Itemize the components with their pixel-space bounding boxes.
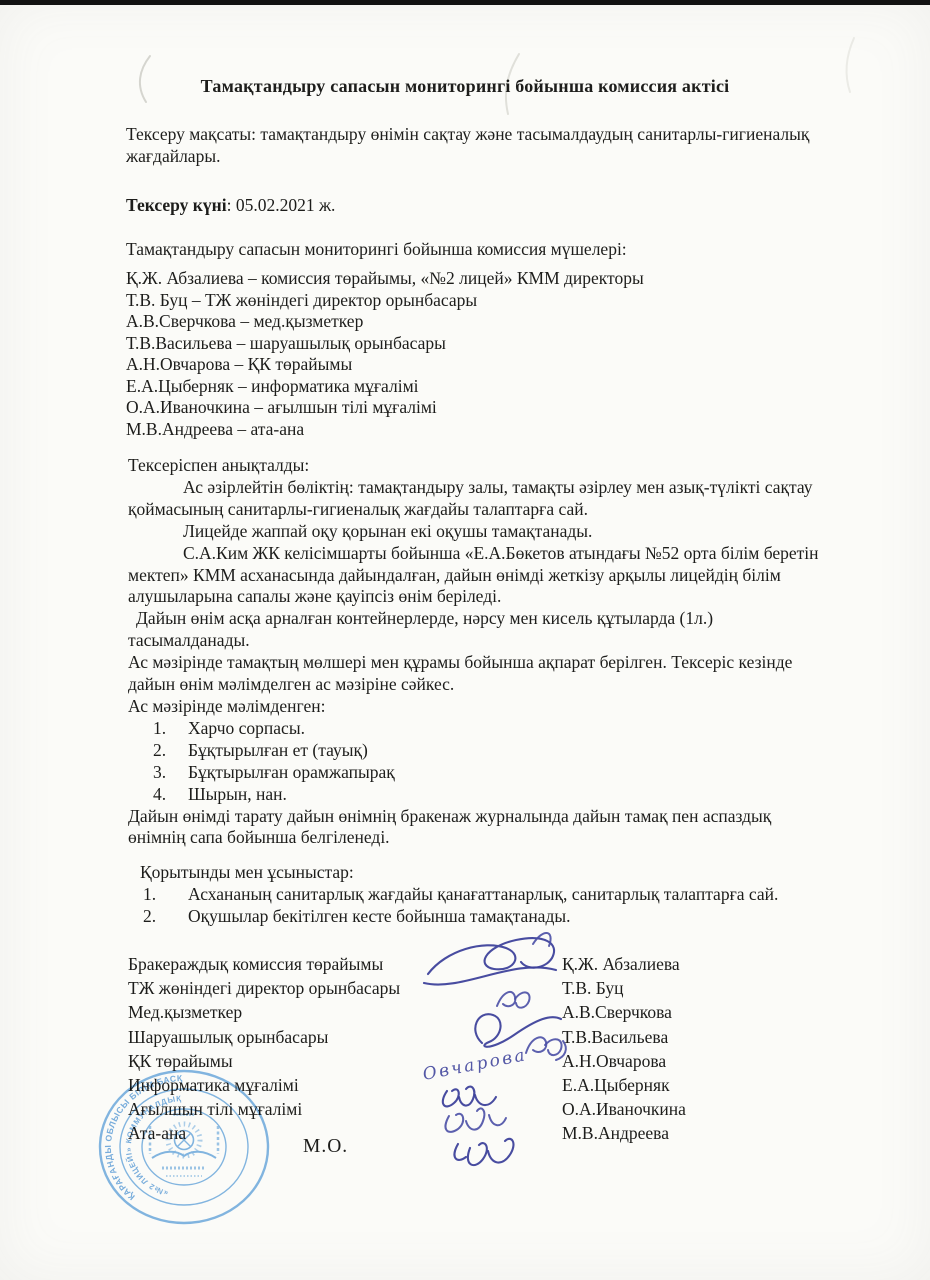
findings-paragraph: Ас әзірлейтін бөліктің: тамақтандыру зал… [128, 477, 820, 521]
findings-paragraph: Лицейде жаппай оқу қорынан екі оқушы там… [128, 521, 820, 543]
member-line: М.В.Андреева – ата-ана [126, 419, 846, 441]
seal-place-mark: М.О. [303, 1136, 348, 1158]
menu-item-text: Бұқтырылған ет (тауық) [188, 740, 368, 762]
menu-item-text: Шырын, нан. [188, 784, 287, 806]
findings-section: Тексеріспен анықталды: Ас әзірлейтін бөл… [128, 455, 820, 849]
member-line: Е.А.Цыберняк – информатика мұғалімі [126, 376, 846, 398]
menu-item: 2. Бұқтырылған ет (тауық) [153, 740, 820, 762]
findings-paragraph: Дайын өнім асқа арналған контейнерлерде,… [128, 608, 820, 652]
menu-heading: Ас мәзірінде мәлімденген: [128, 696, 820, 718]
date-label: Тексеру күні [126, 195, 227, 215]
signature-names-column: Қ.Ж. Абзалиева Т.В. Буц А.В.Сверчкова Т.… [562, 952, 862, 1146]
conclusion-item: 1. Асхананың санитарлық жағдайы қанағатт… [140, 884, 840, 906]
signature-name: Е.А.Цыберняк [562, 1073, 862, 1097]
conclusions-heading: Қорытынды мен ұсыныстар: [140, 862, 840, 884]
members-heading: Тамақтандыру сапасын мониторингі бойынша… [126, 238, 826, 260]
menu-list: 1. Харчо сорпасы. 2. Бұқтырылған ет (тау… [153, 718, 820, 806]
scan-edge-artifact [0, 0, 930, 5]
stamp-registration-digits: 9000009 [173, 1112, 195, 1117]
menu-note: Дайын өнімді тарату дайын өнімнің бракен… [128, 806, 820, 850]
findings-paragraph: Ас мәзірінде тамақтың мөлшері мен құрамы… [128, 652, 820, 696]
official-stamp-seal: ҚАРАҒАНДЫ ОБЛЫСЫ БІЛІМ БАСҚАРМАСЫНЫҢ ҚАР… [96, 1068, 272, 1226]
signature-name: О.А.Иваночкина [562, 1097, 862, 1121]
conclusion-number: 1. [143, 884, 188, 906]
signature-role: Шаруашылық орынбасары [128, 1025, 558, 1049]
document-title: Тамақтандыру сапасын мониторингі бойынша… [0, 76, 930, 97]
members-list: Қ.Ж. Абзалиева – комиссия төрайымы, «№2 … [126, 268, 846, 440]
signature-role: ТЖ жөніндегі директор орынбасары [128, 976, 558, 1000]
findings-paragraph: С.А.Ким ЖК келісімшарты бойынша «Е.А.Бөк… [128, 543, 820, 609]
purpose-paragraph: Тексеру мақсаты: тамақтандыру өнімін сақ… [126, 123, 818, 167]
menu-item-number: 2. [153, 740, 188, 762]
member-line: А.Н.Овчарова – ҚК төрайымы [126, 354, 846, 376]
member-line: Қ.Ж. Абзалиева – комиссия төрайымы, «№2 … [126, 268, 846, 290]
signature-name: М.В.Андреева [562, 1121, 862, 1145]
conclusion-text: Асхананың санитарлық жағдайы қанағаттана… [188, 884, 778, 906]
menu-item: 3. Бұқтырылған орамжапырақ [153, 762, 820, 784]
member-line: О.А.Иваночкина – ағылшын тілі мұғалімі [126, 397, 846, 419]
conclusion-item: 2. Оқушылар бекітілген кесте бойынша там… [140, 906, 840, 928]
menu-item-text: Бұқтырылған орамжапырақ [188, 762, 395, 784]
findings-heading: Тексеріспен анықталды: [128, 455, 820, 477]
menu-item-text: Харчо сорпасы. [188, 718, 305, 740]
signature-name: А.В.Сверчкова [562, 1000, 862, 1024]
signature-name: Т.В.Васильева [562, 1025, 862, 1049]
member-line: Т.В.Васильева – шаруашылық орынбасары [126, 333, 846, 355]
inspection-date-line: Тексеру күні: 05.02.2021 ж. [126, 194, 726, 216]
member-line: Т.В. Буц – ТЖ жөніндегі директор орынбас… [126, 290, 846, 312]
menu-item-number: 4. [153, 784, 188, 806]
stamp-inner-circle [142, 1109, 226, 1185]
conclusion-text: Оқушылар бекітілген кесте бойынша тамақт… [188, 906, 571, 928]
member-line: А.В.Сверчкова – мед.қызметкер [126, 311, 846, 333]
conclusions-section: Қорытынды мен ұсыныстар: 1. Асхананың са… [140, 862, 840, 928]
signature-name: Т.В. Буц [562, 976, 862, 1000]
signature-role: Мед.қызметкер [128, 1000, 558, 1024]
menu-item-number: 1. [153, 718, 188, 740]
date-value: : 05.02.2021 ж. [227, 195, 336, 215]
conclusion-number: 2. [143, 906, 188, 928]
signature-name: А.Н.Овчарова [562, 1049, 862, 1073]
scanned-document-page: Тамақтандыру сапасын мониторингі бойынша… [0, 0, 930, 1280]
menu-item: 4. Шырын, нан. [153, 784, 820, 806]
menu-item-number: 3. [153, 762, 188, 784]
signature-name: Қ.Ж. Абзалиева [562, 952, 862, 976]
signature-role: Бракераждық комиссия төрайымы [128, 952, 558, 976]
menu-item: 1. Харчо сорпасы. [153, 718, 820, 740]
stamp-emblem-icon [150, 1124, 218, 1176]
stamp-middle-circle [120, 1089, 248, 1205]
